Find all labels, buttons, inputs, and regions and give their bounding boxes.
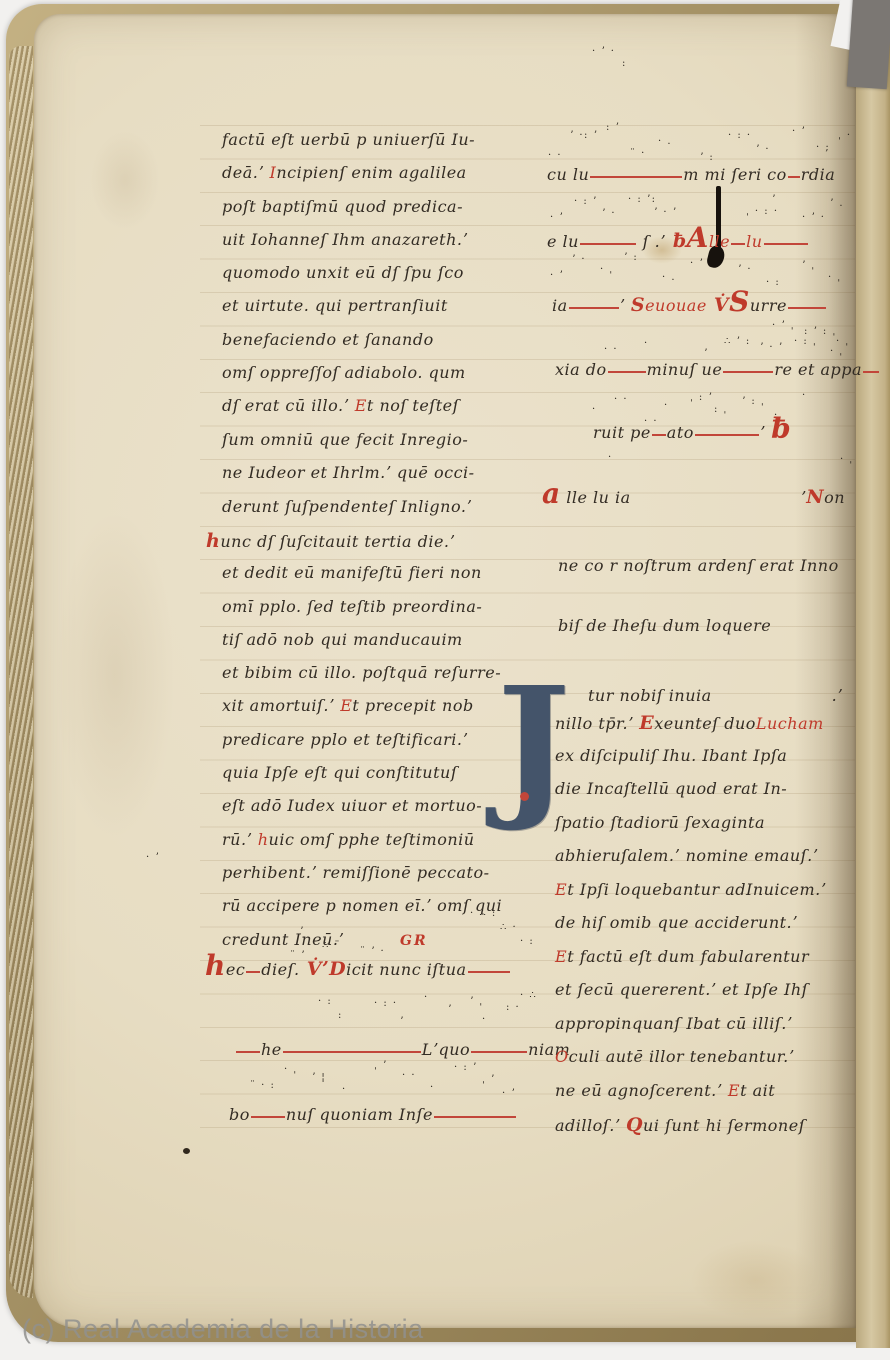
text-segment: et uirtute. qui pertranſiuit xyxy=(222,296,448,315)
neume-cluster: · ʼ xyxy=(502,1088,516,1099)
left-column-lection-line: omī pplo. ſed teſtib preordina- xyxy=(222,597,482,616)
text-segment: minuſ ue xyxy=(647,360,723,379)
right-column-gospel-line: die Incaſtellū quod erat In- xyxy=(555,779,787,798)
text-segment: on xyxy=(824,488,845,507)
left-column-lection-line: uit Iohanneſ Ihm anazareth.ʼ xyxy=(222,230,468,249)
neume-cluster: · ; xyxy=(816,142,830,153)
text-segment: ne co r noſtrum ardenſ erat Inno xyxy=(558,556,839,575)
left-column-lection-line: et bibim cū illo. poſtquā reſurre- xyxy=(222,663,501,682)
neume-cluster: · : · xyxy=(374,998,398,1009)
chant-extender-rule xyxy=(788,175,800,178)
text-segment: ſ .ʼ xyxy=(637,232,666,251)
neume-cluster: ʼ xyxy=(772,194,777,205)
neume-cluster: : xyxy=(622,58,627,69)
text-segment: E xyxy=(555,947,567,966)
text-segment: ex diſcipuliſ Ihu. Ibant Ipſa xyxy=(555,746,787,765)
neume-cluster: ʼ ˌ xyxy=(802,260,816,271)
text-segment: uit Iohanneſ Ihm anazareth.ʼ xyxy=(222,230,468,249)
chant-extender-rule xyxy=(731,242,745,245)
neume-cluster: · . xyxy=(658,136,672,147)
text-segment: S xyxy=(729,285,750,318)
neume-cluster: · xyxy=(424,992,429,1003)
text-segment: ec xyxy=(226,960,245,979)
left-column-lection-line: tiſ adō nob qui manducauim xyxy=(222,630,463,649)
neume-cluster: ʼ : xyxy=(624,252,638,263)
neume-cluster: ∴ ¨ xyxy=(322,940,341,951)
right-column-gospel-line: biſ de Iheſu dum loquere xyxy=(558,616,771,635)
chant-extender-rule xyxy=(652,433,666,436)
text-segment: lle xyxy=(709,232,730,251)
manuscript-text-layer: J factū eſt uerbū p uniuerſū Iu-deā.ʼ In… xyxy=(0,0,890,1360)
right-column-gospel-line: et ſecū quererent.ʼ et Ipſe Ihſ xyxy=(555,980,808,999)
neume-cluster: · xyxy=(664,400,669,411)
left-column-lection-line: derunt ſuſpendenteſ Inligno.ʼ xyxy=(222,497,472,516)
text-segment: rū.ʼ xyxy=(222,830,258,849)
neume-cluster: · · xyxy=(548,150,562,161)
neume-cluster: · : ˌ xyxy=(794,336,817,347)
neume-cluster: ˌ : ʼ xyxy=(690,392,713,403)
text-segment: uic omſ pphe teſtimoniū xyxy=(269,830,475,849)
left-column-lection-line: ſum omniū que fecit Inregio- xyxy=(222,430,468,449)
neume-cluster: · · xyxy=(644,416,658,427)
text-segment: E xyxy=(728,1081,740,1100)
chant-extender-rule xyxy=(468,970,510,973)
text-segment: die Incaſtellū quod erat In- xyxy=(555,779,787,798)
text-segment: N xyxy=(806,486,824,508)
text-segment: ƀ xyxy=(666,230,687,252)
text-segment: E xyxy=(340,696,352,715)
text-segment: E xyxy=(555,880,567,899)
chant-extender-rule xyxy=(236,1050,260,1053)
text-segment: h xyxy=(258,830,269,849)
neume-cluster: · ˌ xyxy=(284,1064,298,1075)
neume-cluster: · xyxy=(430,1082,435,1093)
text-segment: omſ oppreſſoſ adiabolo. qum xyxy=(222,363,466,382)
neume-cluster: · : ʼ: xyxy=(628,194,656,205)
right-column-gospel-line: Et Ipſi loquebantur adInuicem.ʼ xyxy=(555,880,826,899)
chant-extender-rule xyxy=(608,370,646,373)
right-column-gospel-line: tur nobiſ inuia.ʼ xyxy=(588,686,843,705)
chant-extender-rule xyxy=(251,1115,285,1118)
neume-cluster: ʼ : ˌ xyxy=(742,396,765,407)
neume-cluster: · xyxy=(608,452,613,463)
neume-cluster: : ˌ xyxy=(714,404,728,415)
text-segment: m mi ſeri co xyxy=(683,165,786,184)
left-column-lection-line: rū accipere p nomen eī.ʼ omſ qui xyxy=(222,896,502,915)
neume-cluster: ¨ ʼ xyxy=(290,950,306,961)
left-column-lection-line: quia Ipſe eſt qui conſtitutuſ xyxy=(222,763,457,782)
text-segment: ſum omniū que fecit Inregio- xyxy=(222,430,468,449)
text-segment: benefaciendo et ſanando xyxy=(222,330,434,349)
neume-cluster: · ʼ xyxy=(792,126,806,137)
text-segment: ato xyxy=(667,423,694,442)
text-segment: ncipienſ enim agalilea xyxy=(276,163,466,182)
text-segment: tur nobiſ inuia xyxy=(588,686,712,705)
text-segment: ne Iudeor et Ihrlm.ʼ quē occi- xyxy=(222,463,475,482)
text-segment: ʼ xyxy=(620,296,631,315)
right-column-chant-line: a lle lu iaʼNon xyxy=(542,486,845,508)
text-segment: E xyxy=(639,712,654,734)
neume-cluster: · : xyxy=(318,996,332,1007)
text-segment: xit amortuiſ.ʼ xyxy=(222,696,340,715)
neume-cluster: · ʼ xyxy=(146,852,160,863)
neume-cluster: · xyxy=(482,1014,487,1025)
neume-cluster: ʼ ˌ xyxy=(470,996,484,1007)
text-segment: culi autē illor tenebantur.ʼ xyxy=(569,1047,795,1066)
neume-cluster: · : ʼ xyxy=(454,1062,478,1073)
text-segment: Q xyxy=(626,1114,643,1136)
neume-cluster: ¨ · xyxy=(630,148,646,159)
left-column-lection-line: et dedit eū manifeſtū fieri non xyxy=(222,563,482,582)
text-segment: nuſ quoniam Inſe xyxy=(286,1105,433,1124)
neume-cluster: ʼ xyxy=(704,348,709,359)
neume-cluster: · ʼ · xyxy=(802,212,825,223)
neume-cluster: ʼ · ʼ xyxy=(654,207,677,218)
text-segment: adilloſ.ʼ xyxy=(555,1116,626,1135)
text-segment: ia xyxy=(552,296,568,315)
chant-extender-rule xyxy=(788,306,826,309)
text-segment: ne eū agnoſcerent.ʼ xyxy=(555,1081,728,1100)
right-column-chant-line: ruit peatoʼ ƀ xyxy=(593,423,791,442)
neume-cluster: ∴ · xyxy=(500,922,517,933)
neume-cluster: · ˌ xyxy=(600,264,614,275)
left-column-chant-line: hecdieſ. V̇ʼDicit nunc iſtua xyxy=(205,958,511,980)
text-segment: V̇ʼD xyxy=(300,958,346,980)
chant-extender-rule xyxy=(246,970,260,973)
neume-cluster: ʼ ·: ʼ xyxy=(570,130,598,141)
neume-cluster: : xyxy=(338,1010,343,1021)
text-segment: GR xyxy=(400,933,428,949)
text-segment: ʼ xyxy=(760,423,771,442)
text-segment: appropinquanſ Ibat cū illiſ.ʼ xyxy=(555,1014,792,1033)
text-segment: he xyxy=(261,1040,282,1059)
neume-cluster: · : · xyxy=(728,130,752,141)
text-segment: eſt adō Iudex uiuor et mortuo- xyxy=(222,796,482,815)
left-column-lection-line: perhibent.ʼ remiſſionē peccato- xyxy=(222,863,489,882)
text-segment: rū accipere p nomen eī.ʼ omſ qui xyxy=(222,896,502,915)
text-segment: perhibent.ʼ remiſſionē peccato- xyxy=(222,863,489,882)
text-segment: omī pplo. ſed teſtib preordina- xyxy=(222,597,482,616)
left-column-lection-line: quomodo unxit eū dſ ſpu ſco xyxy=(222,263,464,282)
neume-cluster: ʼ : xyxy=(700,152,714,163)
neume-cluster: · ʼ ˌ xyxy=(772,320,795,331)
neume-cluster: · ˌ xyxy=(840,454,854,465)
neume-cluster: ʼ · ʼ xyxy=(760,342,783,353)
left-column-lection-line: ne Iudeor et Ihrlm.ʼ quē occi- xyxy=(222,463,475,482)
text-segment: h xyxy=(206,530,220,552)
text-segment: abhieruſalem.ʼ nomine emauſ.ʼ xyxy=(555,846,818,865)
text-segment: rdia xyxy=(801,165,836,184)
right-column-gospel-line: ſpatio ſtadiorū ſexaginta xyxy=(555,813,765,832)
neume-cluster: · xyxy=(592,404,597,415)
chant-extender-rule xyxy=(590,175,682,178)
text-segment: t factū eſt dum fabularentur xyxy=(567,947,809,966)
text-segment: S xyxy=(631,294,645,316)
left-column-lection-line: et uirtute. qui pertranſiuit xyxy=(222,296,448,315)
text-segment: a xyxy=(542,477,561,510)
left-column-lection-line: eſt adō Iudex uiuor et mortuo- xyxy=(222,796,482,815)
text-segment: unc dſ ſuſcitauit tertia die.ʼ xyxy=(220,532,455,551)
right-column-chant-line: iaʼ Seuouae V̇Surre xyxy=(552,294,827,316)
neume-cluster: ˌ ʼ xyxy=(374,1060,388,1071)
text-segment: V̇ xyxy=(707,294,729,316)
neume-cluster: · : ʼ xyxy=(574,196,598,207)
neume-cluster: · ∴ : xyxy=(470,908,497,919)
left-column-chant-line: bonuſ quoniam Inſe xyxy=(229,1105,517,1124)
chant-extender-rule xyxy=(471,1050,527,1053)
text-segment: ſpatio ſtadiorū ſexaginta xyxy=(555,813,765,832)
right-column-gospel-line: ex diſcipuliſ Ihu. Ibant Ipſa xyxy=(555,746,787,765)
neume-cluster: · ˌ xyxy=(828,272,842,283)
right-column-gospel-line: appropinquanſ Ibat cū illiſ.ʼ xyxy=(555,1014,792,1033)
neume-cluster: · · xyxy=(604,344,618,355)
neume-cluster: · : xyxy=(520,936,534,947)
text-segment: re et appa xyxy=(774,360,862,379)
text-segment: ruit pe xyxy=(593,423,651,442)
text-segment: lu xyxy=(746,232,762,251)
neume-cluster: · ∴ xyxy=(520,990,537,1001)
neume-cluster: · ʼ xyxy=(550,212,564,223)
text-segment: quia Ipſe eſt qui conſtitutuſ xyxy=(222,763,457,782)
text-segment: t noſ teſteſ xyxy=(367,396,459,415)
initial-red-dot xyxy=(520,792,529,801)
text-segment: t ait xyxy=(740,1081,775,1100)
chant-extender-rule xyxy=(283,1050,421,1053)
text-segment: e lu xyxy=(547,232,579,251)
neume-cluster: ∴ ʼ : xyxy=(724,336,751,347)
chant-extender-rule xyxy=(723,370,773,373)
text-segment: bo xyxy=(229,1105,250,1124)
right-column-gospel-line: abhieruſalem.ʼ nomine emauſ.ʼ xyxy=(555,846,818,865)
text-segment: de hiſ omib que acciderunt.ʼ xyxy=(555,913,798,932)
left-column-lection-line: factū eſt uerbū p uniuerſū Iu- xyxy=(222,130,475,149)
right-column-gospel-line: Oculi autē illor tenebantur.ʼ xyxy=(555,1047,794,1066)
text-segment: euouae xyxy=(645,296,707,315)
text-segment: Lucham xyxy=(756,714,824,733)
neume-cluster: · xyxy=(774,410,779,421)
neume-cluster: ʼ ¦ xyxy=(312,1072,326,1083)
left-column-lection-line: omſ oppreſſoſ adiabolo. qum xyxy=(222,363,466,382)
right-column-gospel-line: nillo tp̄r.ʼ Exeunteſ duoLucham xyxy=(555,712,824,734)
text-segment: quomodo unxit eū dſ ſpu ſco xyxy=(222,263,464,282)
neume-cluster: ʼ · xyxy=(602,208,616,219)
neume-cluster: · · xyxy=(614,394,628,405)
right-column-gospel-line: Et factū eſt dum fabularentur xyxy=(555,947,809,966)
neume-cluster: : ʼ xyxy=(606,122,620,133)
neume-cluster: · ˌ xyxy=(830,346,844,357)
text-segment: t precepit nob xyxy=(352,696,473,715)
text-segment: tiſ adō nob qui manducauim xyxy=(222,630,463,649)
text-segment: biſ de Iheſu dum loquere xyxy=(558,616,771,635)
neume-cluster: ʼ · xyxy=(572,254,586,265)
text-segment: et dedit eū manifeſtū fieri non xyxy=(222,563,482,582)
text-segment: cu lu xyxy=(547,165,589,184)
right-column-chant-line: xia dominuſ uere et appa xyxy=(555,360,880,379)
chant-extender-rule xyxy=(764,242,808,245)
text-segment: dieſ. xyxy=(261,960,299,979)
neume-cluster: ʼ xyxy=(300,926,305,937)
text-segment: Lʼquo xyxy=(422,1040,470,1059)
left-column-lection-line: deā.ʼ Incipienſ enim agalilea xyxy=(222,163,467,182)
neume-cluster: ʼ · xyxy=(756,144,770,155)
right-column-chant-line: e lu ſ .ʼ ƀAllelu xyxy=(547,230,809,252)
left-column-lection-line: rū.ʼ huic omſ pphe teſtimoniū xyxy=(222,830,475,849)
text-segment: predicare pplo et teſtificari.ʼ xyxy=(222,730,468,749)
text-segment: ui ſunt hi ſermoneſ xyxy=(643,1116,805,1135)
neume-cluster: · · xyxy=(402,1070,416,1081)
text-segment: xeunteſ duo xyxy=(654,714,756,733)
text-segment: nillo tp̄r.ʼ xyxy=(555,714,639,733)
text-segment: O xyxy=(555,1047,569,1066)
text-segment: urre xyxy=(750,296,787,315)
text-segment: lle lu ia xyxy=(561,488,631,507)
text-segment: icit nunc iſtua xyxy=(346,960,466,979)
left-column-lection-line: predicare pplo et teſtificari.ʼ xyxy=(222,730,468,749)
left-column-lection-line: benefaciendo et ſanando xyxy=(222,330,434,349)
chant-extender-rule xyxy=(434,1115,516,1118)
left-column-lection-line: hunc dſ ſuſcitauit tertia die.ʼ xyxy=(206,530,455,552)
text-segment: et ſecū quererent.ʼ et Ipſe Ihſ xyxy=(555,980,808,999)
chant-extender-rule xyxy=(863,370,879,373)
neume-cluster: ˌ ʼ xyxy=(482,1074,496,1085)
neume-cluster: ʼ xyxy=(448,1004,453,1015)
text-segment: deā.ʼ xyxy=(222,163,270,182)
left-column-lection-line: dſ erat cū illo.ʼ Et noſ teſteſ xyxy=(222,396,459,415)
right-column-gospel-line: ne eū agnoſcerent.ʼ Et ait xyxy=(555,1081,775,1100)
chant-extender-rule xyxy=(695,433,759,436)
text-segment: h xyxy=(205,949,226,982)
text-segment: et bibim cū illo. poſtquā reſurre- xyxy=(222,663,501,682)
right-column-gospel-line: adilloſ.ʼ Qui ſunt hi ſermoneſ xyxy=(555,1114,805,1136)
text-segment: A xyxy=(687,221,709,254)
text-segment: t Ipſi loquebantur adInuicem.ʼ xyxy=(567,880,826,899)
text-segment: factū eſt uerbū p uniuerſū Iu- xyxy=(222,130,475,149)
left-column-chant-line: heLʼquoniam xyxy=(235,1040,570,1059)
left-column-lection-line: xit amortuiſ.ʼ Et precepit nob xyxy=(222,696,474,715)
right-column-gospel-line: de hiſ omib que acciderunt.ʼ xyxy=(555,913,798,932)
neume-cluster: ˌ · xyxy=(838,130,852,141)
neume-cluster: · xyxy=(802,390,807,401)
neume-cluster: · xyxy=(342,1084,347,1095)
chant-extender-rule xyxy=(580,242,636,245)
text-segment: derunt ſuſpendenteſ Inligno.ʼ xyxy=(222,497,472,516)
neume-cluster: · ʼ xyxy=(550,270,564,281)
neume-cluster: · ʼ xyxy=(690,258,704,269)
neume-cluster: ¨ ʼ · xyxy=(360,946,385,957)
neume-cluster: ʼ xyxy=(400,1016,405,1027)
text-segment: E xyxy=(355,396,367,415)
right-column-chant-line: cu lum mi ſeri cordia xyxy=(547,165,835,184)
text-segment: poſt baptiſmū quod predica- xyxy=(222,197,463,216)
neume-cluster: ¨ · : xyxy=(250,1080,275,1091)
text-segment: .ʼ xyxy=(832,686,843,705)
neume-cluster: : · xyxy=(506,1002,520,1013)
neume-cluster: · : xyxy=(766,277,780,288)
neume-cluster: ˌ · : · xyxy=(746,206,779,217)
right-column-gospel-line: ne co r noſtrum ardenſ erat Inno xyxy=(558,556,839,575)
neume-cluster: ʼ . xyxy=(830,198,844,209)
chant-extender-rule xyxy=(569,306,619,309)
text-segment: dſ erat cū illo.ʼ xyxy=(222,396,355,415)
text-segment: xia do xyxy=(555,360,607,379)
left-column-lection-line: poſt baptiſmū quod predica- xyxy=(222,197,463,216)
neume-cluster: ʼ · xyxy=(738,264,752,275)
neume-cluster: · ʼ · xyxy=(592,46,615,57)
copyright-watermark: (c) Real Academia de la Historia xyxy=(22,1314,424,1345)
neume-cluster: · xyxy=(644,338,649,349)
neume-cluster: · . xyxy=(662,272,676,283)
